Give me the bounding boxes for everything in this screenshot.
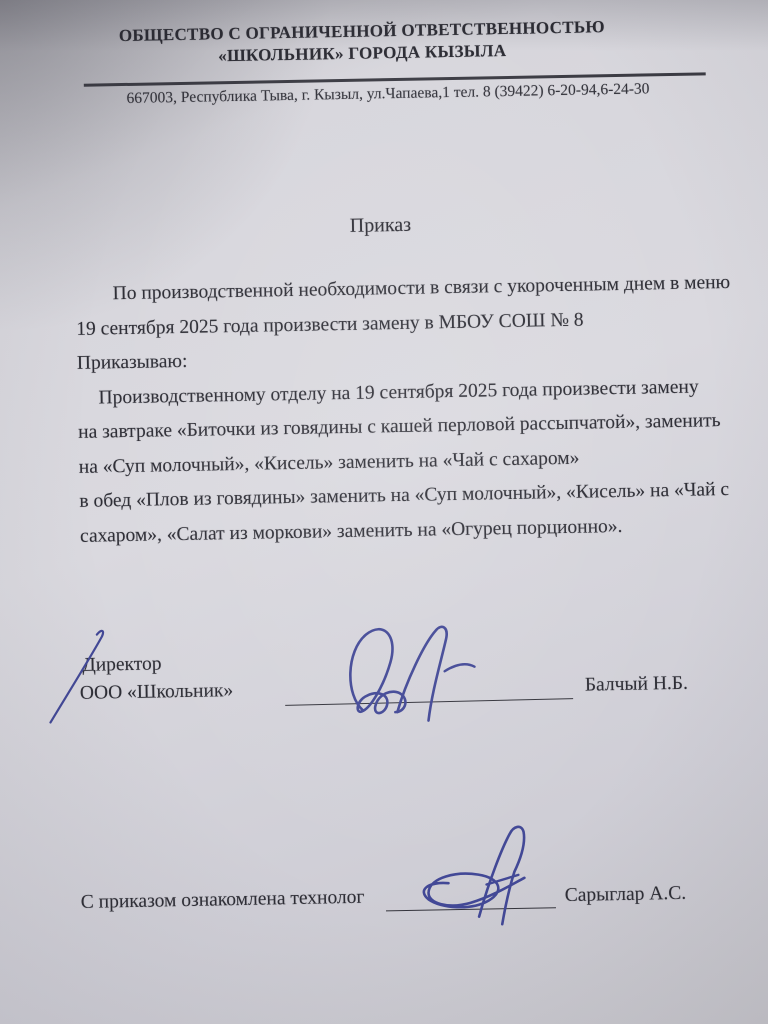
technologist-name: Сарыглар А.С. bbox=[565, 883, 687, 907]
acknowledgement-label: С приказом ознакомлена технолог bbox=[81, 887, 365, 914]
director-name: Балчый Н.Б. bbox=[585, 673, 688, 697]
director-signature bbox=[332, 620, 494, 723]
stray-pen-stroke bbox=[44, 623, 116, 726]
order-body: По производственной необходимости в связ… bbox=[75, 266, 752, 554]
technologist-signature bbox=[407, 819, 559, 928]
document-page: ОБЩЕСТВО С ОГРАНИЧЕННОЙ ОТВЕТСТВЕННОСТЬЮ… bbox=[0, 0, 768, 1024]
document-title: Приказ bbox=[0, 207, 765, 244]
document-photo: ОБЩЕСТВО С ОГРАНИЧЕННОЙ ОТВЕТСТВЕННОСТЬЮ… bbox=[0, 0, 768, 1024]
